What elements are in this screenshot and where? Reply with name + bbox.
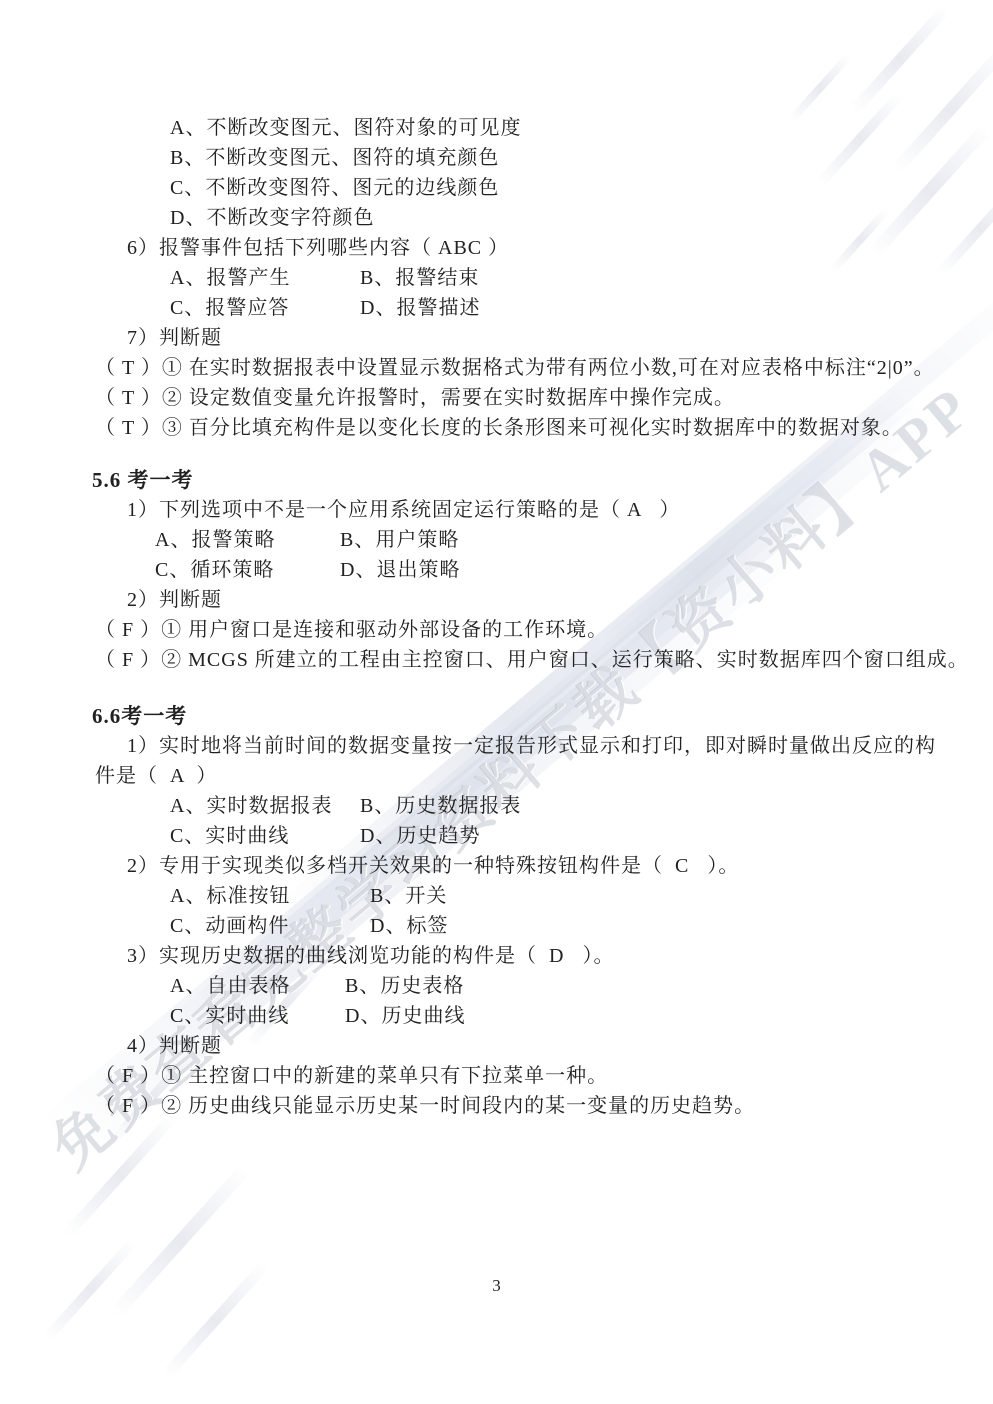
- question-line: 1）实时地将当前时间的数据变量按一定报告形式显示和打印，即对瞬时量做出反应的构: [0, 731, 993, 761]
- question-line: 4）判断题: [0, 1031, 993, 1061]
- option-line: D、不断改变字符颜色: [0, 203, 993, 233]
- section-heading-6-6: 6.6考一考: [0, 701, 993, 731]
- true-false-line: （ F ）① 主控窗口中的新建的菜单只有下拉菜单一种。: [0, 1061, 993, 1091]
- page-number: 3: [0, 1276, 993, 1296]
- option-row: C、报警应答D、报警描述: [0, 293, 993, 323]
- true-false-line: （ F ）② MCGS 所建立的工程由主控窗口、用户窗口、运行策略、实时数据库四…: [0, 645, 993, 675]
- option-cell: D、历史趋势: [360, 825, 480, 847]
- question-continuation-line: 件是（ A ）: [0, 761, 993, 791]
- option-cell: C、实时曲线: [170, 1001, 345, 1031]
- option-cell: C、动画构件: [170, 911, 370, 941]
- option-cell: C、循环策略: [155, 555, 340, 585]
- option-cell: B、开关: [370, 885, 447, 907]
- question-line: 1）下列选项中不是一个应用系统固定运行策略的是（ A ）: [0, 495, 993, 525]
- option-cell: B、历史数据报表: [360, 795, 521, 817]
- option-row: C、实时曲线D、历史趋势: [0, 821, 993, 851]
- question-line: 3）实现历史数据的曲线浏览功能的构件是（ D ）。: [0, 941, 993, 971]
- option-cell: A、标准按钮: [170, 881, 370, 911]
- document-page: A、不断改变图元、图符对象的可见度 B、不断改变图元、图符的填充颜色 C、不断改…: [0, 113, 993, 1121]
- option-cell: B、历史表格: [345, 975, 464, 997]
- option-cell: C、实时曲线: [170, 821, 360, 851]
- option-row: A、报警策略B、用户策略: [0, 525, 993, 555]
- option-cell: A、报警产生: [170, 263, 360, 293]
- option-cell: D、退出策略: [340, 559, 460, 581]
- option-cell: D、历史曲线: [345, 1005, 465, 1027]
- option-row: A、自由表格B、历史表格: [0, 971, 993, 1001]
- option-row: C、动画构件D、标签: [0, 911, 993, 941]
- option-row: A、报警产生B、报警结束: [0, 263, 993, 293]
- true-false-line: （ T ）③ 百分比填充构件是以变化长度的长条形图来可视化实时数据库中的数据对象…: [0, 413, 993, 443]
- watermark-streak: [849, 4, 951, 115]
- option-cell: D、标签: [370, 915, 448, 937]
- option-row: A、标准按钮B、开关: [0, 881, 993, 911]
- option-cell: C、报警应答: [170, 293, 360, 323]
- true-false-line: （ F ）② 历史曲线只能显示历史某一时间段内的某一变量的历史趋势。: [0, 1091, 993, 1121]
- option-line: A、不断改变图元、图符对象的可见度: [0, 113, 993, 143]
- option-cell: A、报警策略: [155, 525, 340, 555]
- true-false-line: （ T ）② 设定数值变量允许报警时，需要在实时数据库中操作完成。: [0, 383, 993, 413]
- watermark-streak: [62, 1112, 177, 1238]
- option-row: C、实时曲线D、历史曲线: [0, 1001, 993, 1031]
- option-cell: A、自由表格: [170, 971, 345, 1001]
- option-line: B、不断改变图元、图符的填充颜色: [0, 143, 993, 173]
- option-cell: D、报警描述: [360, 297, 480, 319]
- option-row: C、循环策略D、退出策略: [0, 555, 993, 585]
- true-false-line: （ T ）① 在实时数据报表中设置显示数据格式为带有两位小数,可在对应表格中标注…: [0, 353, 993, 383]
- option-row: A、实时数据报表B、历史数据报表: [0, 791, 993, 821]
- option-line: C、不断改变图符、图元的边线颜色: [0, 173, 993, 203]
- section-heading-5-6: 5.6 考一考: [0, 465, 993, 495]
- option-cell: B、用户策略: [340, 529, 459, 551]
- question-line: 2）判断题: [0, 585, 993, 615]
- question-line: 2）专用于实现类似多档开关效果的一种特殊按钮构件是（ C ）。: [0, 851, 993, 881]
- question-line: 6）报警事件包括下列哪些内容（ ABC ）: [0, 233, 993, 263]
- watermark-streak: [108, 1163, 251, 1320]
- true-false-line: （ F ）① 用户窗口是连接和驱动外部设备的工作环境。: [0, 615, 993, 645]
- question-line: 7）判断题: [0, 323, 993, 353]
- option-cell: B、报警结束: [360, 267, 479, 289]
- option-cell: A、实时数据报表: [170, 791, 360, 821]
